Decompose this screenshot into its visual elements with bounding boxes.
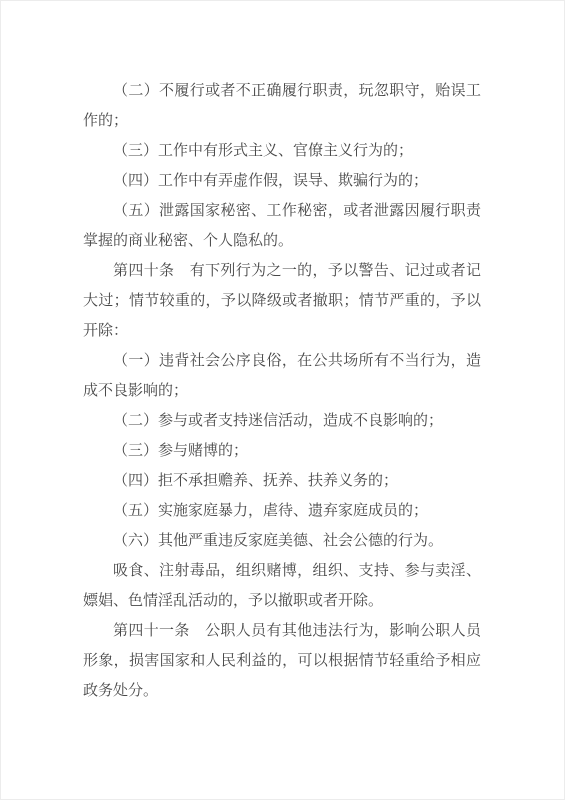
text-line: （四）拒不承担赡养、抚养、扶养义务的； xyxy=(83,466,481,496)
text-line: （四）工作中有弄虚作假，误导、欺骗行为的； xyxy=(83,166,481,196)
text-line: 形象，损害国家和人民利益的，可以根据情节轻重给予相应 xyxy=(83,646,481,676)
text-line: 第四十条 有下列行为之一的，予以警告、记过或者记 xyxy=(83,256,481,286)
text-line: （五）泄露国家秘密、工作秘密，或者泄露因履行职责 xyxy=(83,196,481,226)
text-line: 大过；情节较重的，予以降级或者撤职；情节严重的，予以 xyxy=(83,286,481,316)
document-body: （二）不履行或者不正确履行职责，玩忽职守，贻误工 作的； （三）工作中有形式主义… xyxy=(83,76,481,706)
text-line: 掌握的商业秘密、个人隐私的。 xyxy=(83,226,481,256)
text-line: （三）工作中有形式主义、官僚主义行为的； xyxy=(83,136,481,166)
text-line: 作的； xyxy=(83,106,481,136)
text-line: （六）其他严重违反家庭美德、社会公德的行为。 xyxy=(83,526,481,556)
text-line: 吸食、注射毒品，组织赌博，组织、支持、参与卖淫、 xyxy=(83,556,481,586)
text-line: 政务处分。 xyxy=(83,676,481,706)
text-line: （一）违背社会公序良俗，在公共场所有不当行为，造 xyxy=(83,346,481,376)
text-line: （二）不履行或者不正确履行职责，玩忽职守，贻误工 xyxy=(83,76,481,106)
text-line: （二）参与或者支持迷信活动，造成不良影响的； xyxy=(83,406,481,436)
text-line: 第四十一条 公职人员有其他违法行为，影响公职人员 xyxy=(83,616,481,646)
text-line: 嫖娼、色情淫乱活动的，予以撤职或者开除。 xyxy=(83,586,481,616)
text-line: 开除： xyxy=(83,316,481,346)
document-page: （二）不履行或者不正确履行职责，玩忽职守，贻误工 作的； （三）工作中有形式主义… xyxy=(0,0,565,800)
text-line: （五）实施家庭暴力，虐待、遗弃家庭成员的； xyxy=(83,496,481,526)
text-line: 成不良影响的； xyxy=(83,376,481,406)
text-line: （三）参与赌博的； xyxy=(83,436,481,466)
